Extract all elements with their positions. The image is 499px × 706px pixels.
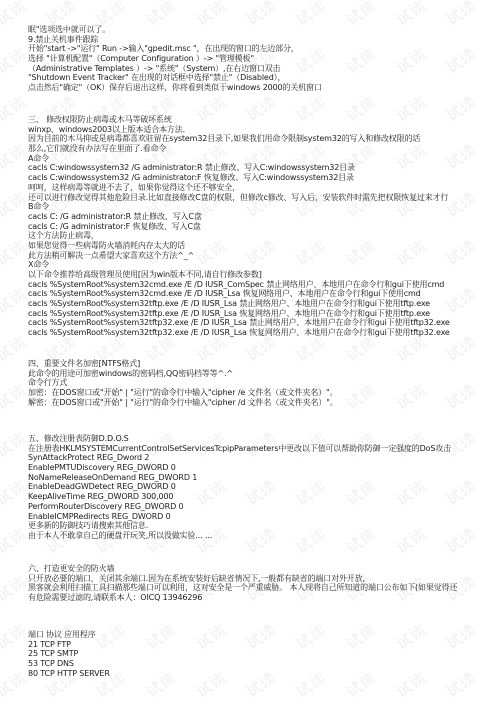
section-heading: 端口 协议 应用程序	[28, 630, 110, 640]
text-line: 这个方法防止病毒，	[28, 231, 450, 241]
watermark-text: 试读	[192, 667, 230, 703]
text-line: cacls %SystemRoot%system32tftp32.exe /E …	[28, 318, 450, 328]
text-line: 9.禁止关机事件跟踪	[28, 35, 322, 45]
watermark-text: 试读	[0, 379, 30, 415]
watermark-text: 试读	[192, 619, 230, 655]
text-line: cacls %SystemRoot%system32cmd.exe /E /D …	[28, 280, 450, 290]
watermark-text: 试读	[392, 0, 430, 30]
watermark-text: 试读	[392, 43, 430, 79]
section-heading: 六、打造更安全的防火墙	[28, 564, 457, 574]
watermark-text: 试读	[0, 43, 30, 79]
text-line: PerformRouterDiscovery REG_DWORD 0	[28, 502, 451, 512]
watermark-text: 试读	[342, 0, 380, 30]
text-line: （Administrative Templates ）-> "系统"（Syste…	[28, 64, 322, 74]
text-line: 点击然后"确定"（OK）保存后退出这样，你将看到类似于windows 2000的…	[28, 83, 322, 93]
watermark-text: 试读	[442, 619, 480, 655]
text-line: cacls %SystemRoot%system32tftp.exe /E /D…	[28, 299, 450, 309]
text-line: EnableDeadGWDetect REG_DWORD 0	[28, 482, 451, 492]
watermark-text: 试读	[0, 283, 30, 319]
text-line: 只开放必要的端口，关闭其余端口.因为在系统安装好后缺省情况下,一般都有缺省的端口…	[28, 574, 457, 584]
text-line: X命令	[28, 260, 450, 270]
watermark-text: 试读	[392, 619, 430, 655]
watermark-text: 试读	[0, 523, 30, 559]
text-line: 呵呵，这样病毒等就进不去了，如果你觉得这个还不够安全，	[28, 183, 450, 193]
text-line: 如果您觉得一些病毒防火墙消耗内存太大的话	[28, 241, 450, 251]
text-line: 更多新的防御技巧请搜索其他信息.	[28, 521, 451, 531]
section-5: 五、修改注册表防御D.D.O.S在注册表HKLMSYSTEMCurrentCon…	[28, 434, 451, 541]
watermark-text: 试读	[442, 0, 480, 30]
text-line: 开始"start ->"运行" Run ->输入"gpedit.msc "，在出…	[28, 44, 322, 54]
text-line: cacls C: /G administrator:F 恢复修改、写入C盘	[28, 222, 450, 232]
text-line: 因为目前的木马抑或是病毒都喜欢驻留在system32目录下,如果我们用命令限制s…	[28, 134, 450, 144]
text-line: EnableICMPRedirects REG_DWORD 0	[28, 512, 451, 522]
text-line: cacls C:windowssystem32 /G administrator…	[28, 173, 450, 183]
watermark-text: 试读	[0, 0, 30, 30]
watermark-text: 试读	[0, 187, 30, 223]
text-line: 80 TCP HTTP SERVER	[28, 669, 110, 679]
watermark-text: 试读	[0, 91, 30, 127]
text-line: "Shutdown Event Tracker" 在出现的对话框中选择"禁止"（…	[28, 73, 322, 83]
text-line: 眠"选项选中就可以了。	[28, 25, 322, 35]
text-line: 此命令的用途可加密windows的密码档,QQ密码档等等^.^	[28, 369, 338, 379]
section-6: 六、打造更安全的防火墙只开放必要的端口，关闭其余端口.因为在系统安装好后缺省情况…	[28, 564, 457, 603]
text-line: 有危险需要过滤的,请联系本人：OICQ 13946296	[28, 593, 457, 603]
text-line: cacls C:windowssystem32 /G administrator…	[28, 163, 450, 173]
text-line: 加密：在DOS窗口或"开始" | "运行"的命令行中输入"cipher /e 文…	[28, 388, 338, 398]
text-line: 由于本人不敢拿自己的硬盘开玩笑,所以没做实验... ...	[28, 531, 451, 541]
watermark-text: 试读	[0, 427, 30, 463]
ports: 端口 协议 应用程序21 TCP FTP25 TCP SMTP53 TCP DN…	[28, 630, 110, 678]
text-line: cacls C: /G administrator:R 禁止修改、写入C盘	[28, 212, 450, 222]
text-line: KeepAliveTime REG_DWORD 300,000	[28, 492, 451, 502]
text-line: 黑客就会利用扫描工具扫描那些端口可以利用，这对安全是一个严重威胁。 本人现将自己…	[28, 583, 457, 593]
text-line: A命令	[28, 154, 450, 164]
text-line: winxp、windows2003以上版本适合本方法.	[28, 125, 450, 135]
text-line: cacls %SystemRoot%system32cmd.exe /E /D …	[28, 289, 450, 299]
watermark-text: 试读	[0, 475, 30, 511]
text-line: SynAttackProtect REG_Dword 2	[28, 453, 451, 463]
watermark-text: 试读	[442, 43, 480, 79]
section-heading: 三、 修改权限防止病毒或木马等破坏系统	[28, 115, 450, 125]
text-line: 还可以进行修改觉得其他危险目录.比如直接修改C盘的权限，但修改c修改、写入后，安…	[28, 193, 450, 203]
watermark-text: 试读	[342, 379, 380, 415]
watermark-text: 试读	[0, 331, 30, 367]
text-line: 以下命令推荐给高级管理员使用[因为win版本不同,请自行修改参数]	[28, 270, 450, 280]
text-line: cacls %SystemRoot%system32tftp32.exe /E …	[28, 328, 450, 338]
watermark-text: 试读	[392, 379, 430, 415]
watermark-text: 试读	[292, 667, 330, 703]
watermark-text: 试读	[0, 619, 30, 655]
watermark-text: 试读	[392, 667, 430, 703]
text-line: 命令行方式	[28, 378, 338, 388]
text-line: 在注册表HKLMSYSTEMCurrentControlSetServicesT…	[28, 444, 451, 454]
text-line: cacls %SystemRoot%system32tftp.exe /E /D…	[28, 309, 450, 319]
section-3: 三、 修改权限防止病毒或木马等破坏系统winxp、windows2003以上版本…	[28, 115, 450, 338]
watermark-text: 试读	[242, 619, 280, 655]
text-line: EnablePMTUDiscovery REG_DWORD 0	[28, 463, 451, 473]
text-line: 此方法稍可解决一点希望大家喜欢这个方法^_^	[28, 251, 450, 261]
watermark-text: 试读	[0, 235, 30, 271]
watermark-text: 试读	[0, 139, 30, 175]
text-line: NoNameReleaseOnDemand REG_DWORD 1	[28, 473, 451, 483]
text-line: 那么,它们就没有办法写在里面了.看命令	[28, 144, 450, 154]
text-line: 21 TCP FTP	[28, 640, 110, 650]
watermark-text: 试读	[242, 667, 280, 703]
section-heading: 四、重要文件名加密[NTFS格式]	[28, 359, 338, 369]
watermark-text: 试读	[292, 619, 330, 655]
watermark-text: 试读	[442, 667, 480, 703]
watermark-text: 试读	[342, 43, 380, 79]
watermark-text: 试读	[342, 667, 380, 703]
text-line: 解密：在DOS窗口或"开始" | "运行"的命令行中输入"cipher /d 文…	[28, 398, 338, 408]
section-heading: 五、修改注册表防御D.D.O.S	[28, 434, 451, 444]
watermark-text: 试读	[0, 571, 30, 607]
watermark-text: 试读	[0, 667, 30, 703]
section-4: 四、重要文件名加密[NTFS格式]此命令的用途可加密windows的密码档,QQ…	[28, 359, 338, 407]
text-line: 25 TCP SMTP	[28, 649, 110, 659]
intro: 眠"选项选中就可以了。9.禁止关机事件跟踪开始"start ->"运行" Run…	[28, 25, 322, 93]
watermark-text: 试读	[442, 379, 480, 415]
text-line: 选择 "计算机配置"（Computer Configuration ）-> "管…	[28, 54, 322, 64]
watermark-text: 试读	[142, 667, 180, 703]
text-line: B命令	[28, 202, 450, 212]
watermark-text: 试读	[342, 619, 380, 655]
watermark-text: 试读	[142, 619, 180, 655]
text-line: 53 TCP DNS	[28, 659, 110, 669]
